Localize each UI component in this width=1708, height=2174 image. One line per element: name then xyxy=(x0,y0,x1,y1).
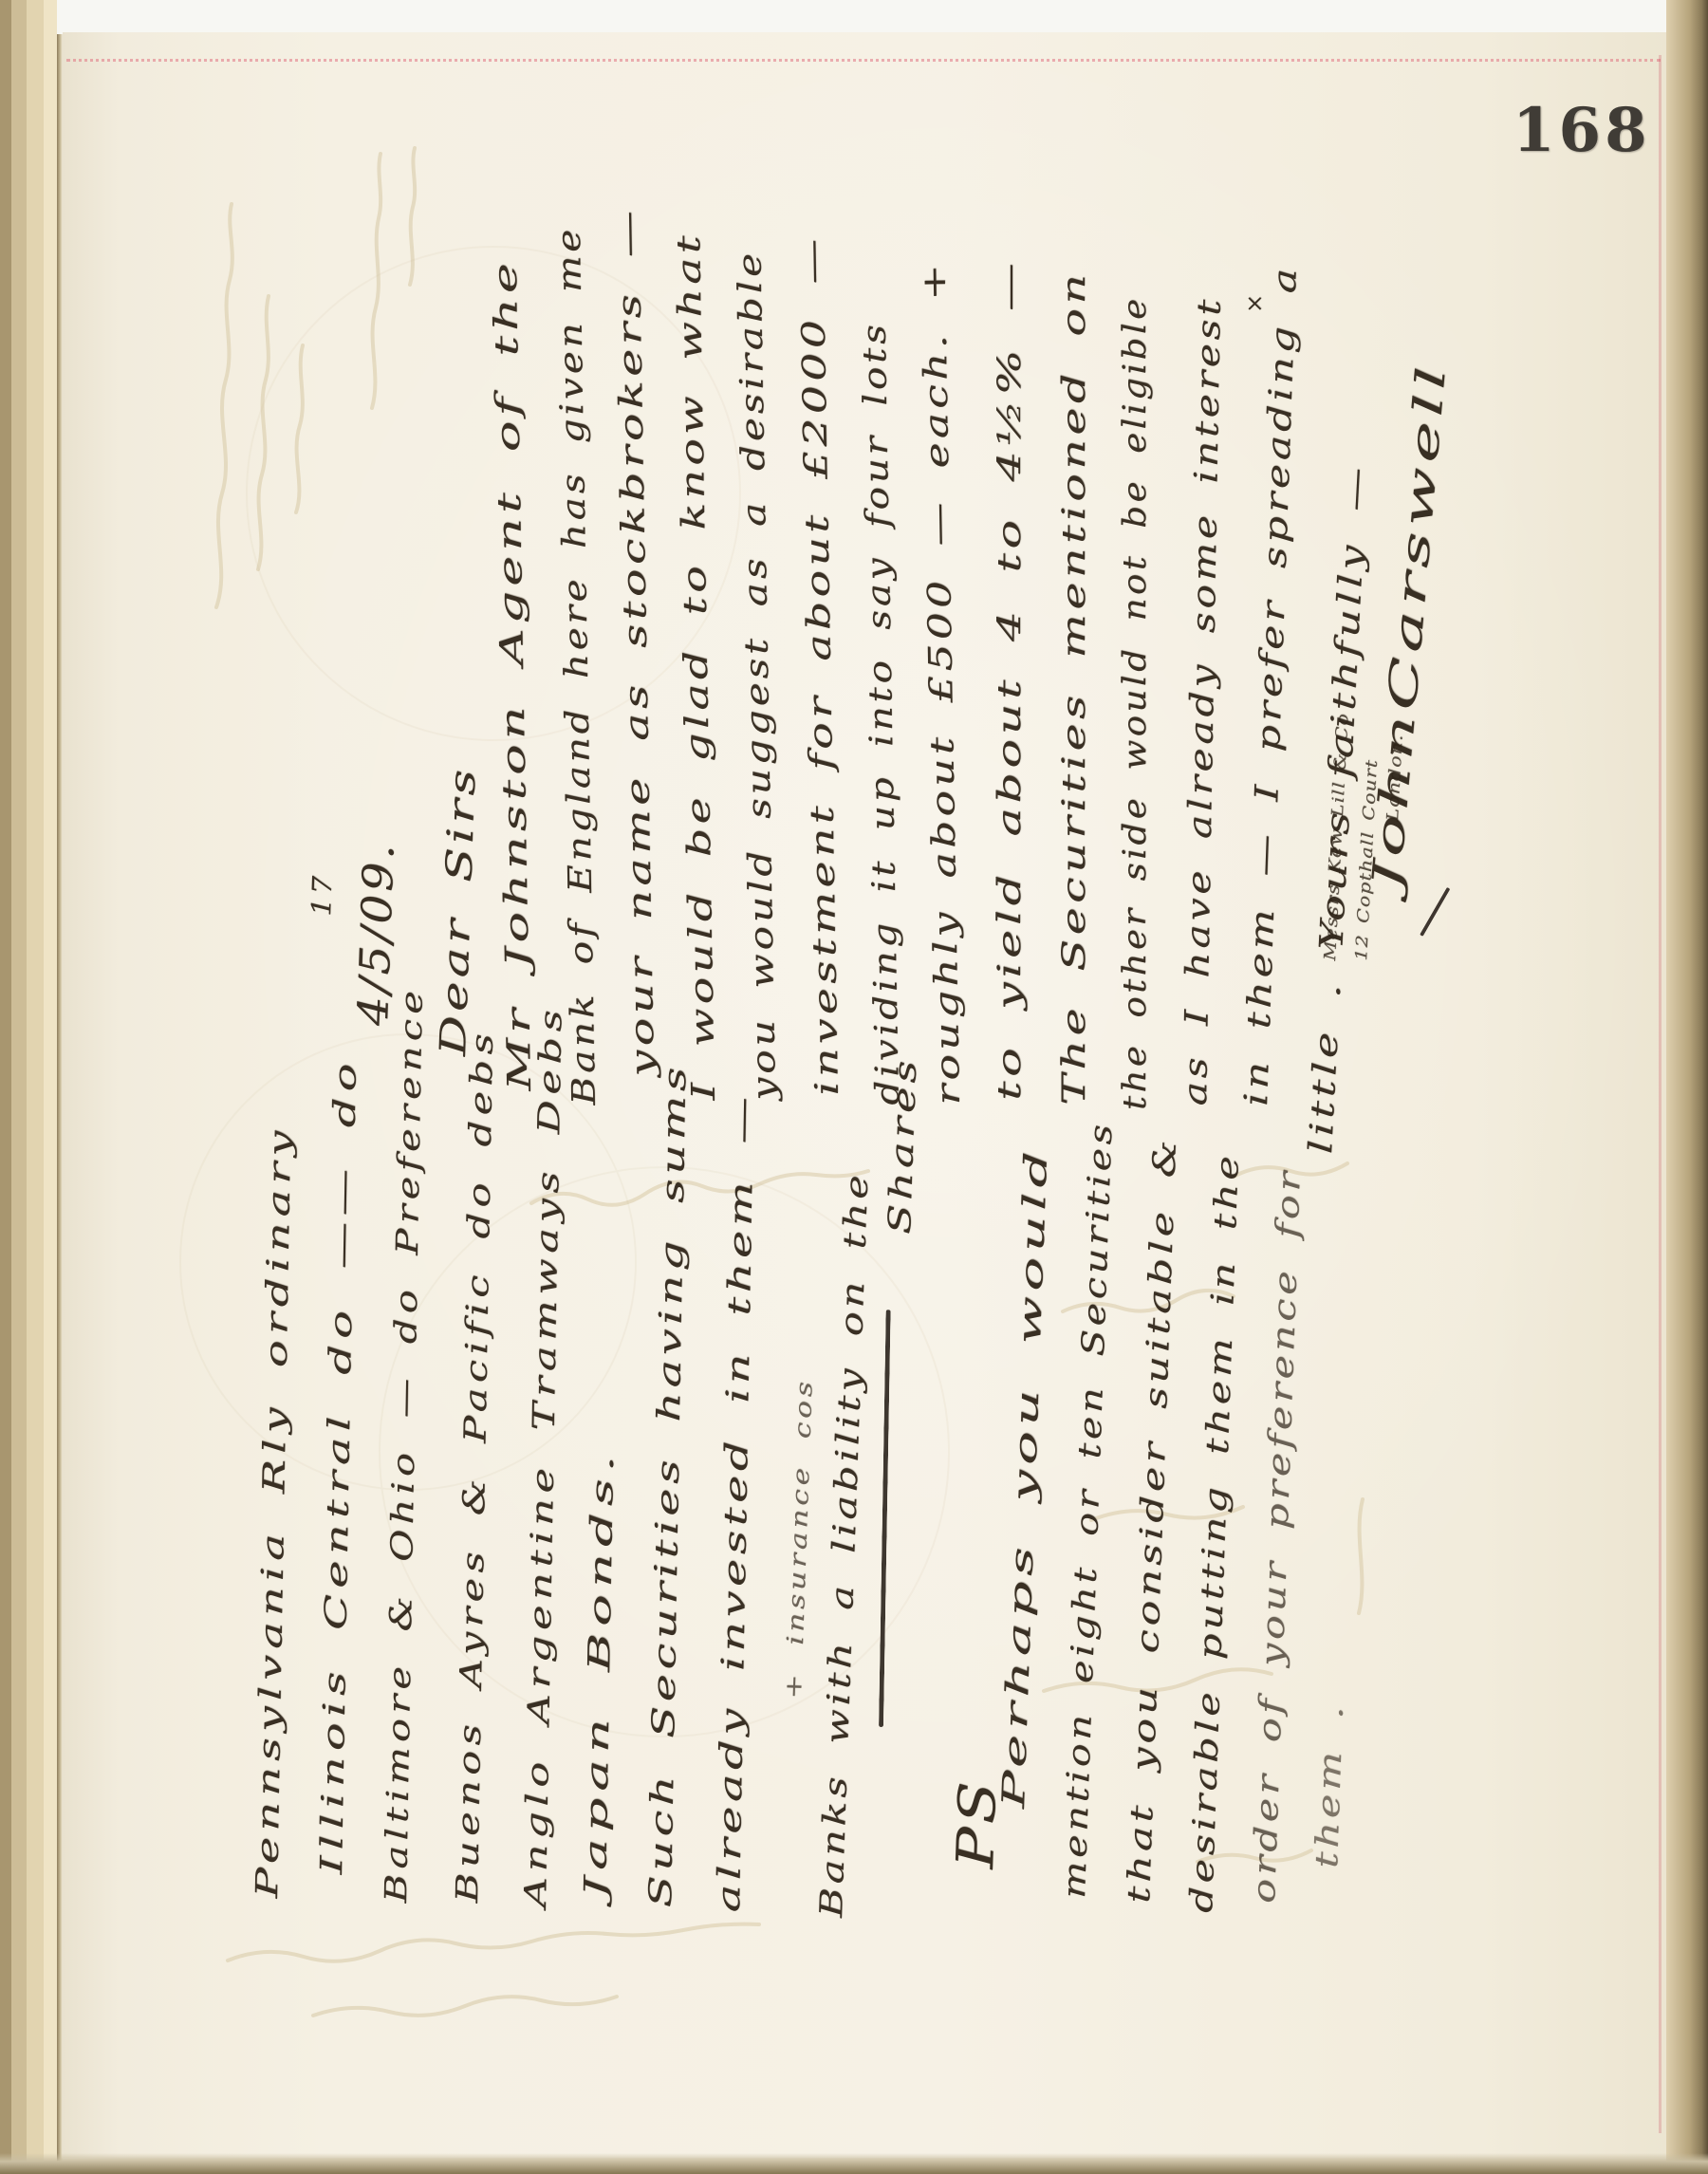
letterbook-scan: 168 17 4/5/09. Dear Sirs Mr Johnston Age… xyxy=(0,0,1708,2174)
page-fore-edge xyxy=(1666,0,1708,2174)
page-bottom-shadow xyxy=(0,2153,1708,2174)
insertion-mark: × xyxy=(1241,291,1268,313)
book-gutter-edge xyxy=(44,0,57,2174)
postscript-line: them . xyxy=(1308,1701,1350,1868)
book-gutter-edge xyxy=(11,0,27,2174)
scan-top-edge xyxy=(57,0,1670,34)
letter-line: to yield about 4 to 4½% — xyxy=(991,259,1029,1101)
ruled-line-vertical xyxy=(1659,55,1662,2133)
book-gutter-edge xyxy=(0,0,11,2174)
ruled-line-horizontal xyxy=(66,59,1661,62)
letter-line: The Securities mentioned on xyxy=(1055,270,1093,1106)
letter-line: the other side would not be eligible xyxy=(1116,296,1154,1110)
securities-note-raised-word: Shares xyxy=(881,1056,924,1236)
page-number-stamp: 168 xyxy=(1513,95,1651,166)
ref-number: 17 xyxy=(306,872,339,917)
book-gutter-edge xyxy=(27,0,44,2174)
